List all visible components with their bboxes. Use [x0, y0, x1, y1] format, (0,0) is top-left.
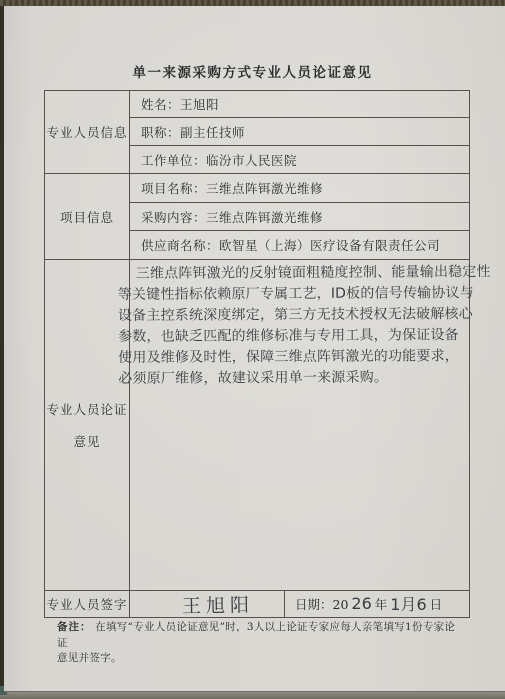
field-procurement-content: 采购内容：三维点阵铒激光维修 [130, 203, 469, 231]
opinion-content-cell: 三维点阵铒激光的反射镜面粗糙度控制、能量输出稳定性 等关键性指标依赖原厂专属工艺… [130, 260, 469, 590]
handwritten-line: 参数，也缺乏匹配的维修标准与专用工具，为保证设备 [118, 325, 469, 348]
photo-of-document: 单一来源采购方式专业人员论证意见 专业人员信息 姓名：王旭阳 职称：副主任技师 … [0, 0, 505, 699]
date-prefix: 日期：20 [295, 595, 348, 613]
handwritten-line: 三维点阵铒激光的反射镜面粗糙度控制、能量输出稳定性 [118, 262, 469, 285]
handwritten-year: 26 [351, 594, 371, 613]
handwritten-signature: 王旭阳 [182, 590, 254, 618]
page-title: 单一来源采购方式专业人员论证意见 [0, 61, 505, 81]
section-personnel-info: 专业人员信息 姓名：王旭阳 职称：副主任技师 工作单位：临汾市人民医院 [45, 91, 469, 174]
field-supplier-name: 供应商名称：欧智星（上海）医疗设备有限责任公司 [130, 231, 469, 259]
field-name: 姓名：王旭阳 [130, 91, 469, 118]
opinion-label-line2: 意见 [73, 432, 100, 450]
handwritten-line: 设备主控系统深度绑定，第三方无技术授权无法破解核心 [118, 304, 469, 327]
opinion-label-line1: 专业人员论证 [46, 400, 127, 418]
field-work-unit: 工作单位：临汾市人民医院 [130, 146, 469, 173]
signature-cell: 王旭阳 [130, 591, 285, 617]
footnote-label: 备注： [57, 621, 92, 633]
handwritten-line: 必须原厂维修，故建议采用单一来源采购。 [118, 367, 469, 390]
footnote: 备注： 在填写“专业人员论证意见”时，3人以上论证专家应每人亲笔填写1份专家论证… [57, 620, 459, 667]
signature-label: 专业人员签字 [45, 591, 130, 617]
footnote-line1: 在填写“专业人员论证意见”时，3人以上论证专家应每人亲笔填写1份专家论证 [57, 621, 455, 649]
handwritten-line: 等关键性指标依赖原厂专属工艺，ID板的信号传输协议与 [118, 283, 469, 306]
section-signature: 专业人员签字 王旭阳 日期：20 26 年 1月6 日 [45, 591, 469, 617]
section-label-project: 项目信息 [45, 174, 130, 259]
handwritten-opinion-text: 三维点阵铒激光的反射镜面粗糙度控制、能量输出稳定性 等关键性指标依赖原厂专属工艺… [118, 262, 470, 390]
section-opinion: 专业人员论证 意见 三维点阵铒激光的反射镜面粗糙度控制、能量输出稳定性 等关键性… [45, 260, 469, 591]
footnote-line2: 意见并签字。 [57, 651, 459, 667]
section-label-personnel: 专业人员信息 [45, 91, 130, 173]
photo-bottom-edge [0, 692, 505, 699]
handwritten-line: 使用及维修及时性，保障三维点阵铒激光的功能要求， [118, 346, 469, 369]
form-table: 专业人员信息 姓名：王旭阳 职称：副主任技师 工作单位：临汾市人民医院 项目信息… [44, 90, 470, 618]
handwritten-month-day: 1月6 [390, 592, 426, 615]
date-cell: 日期：20 26 年 1月6 日 [285, 591, 469, 617]
field-project-name: 项目名称：三维点阵铒激光维修 [130, 174, 469, 203]
field-job-title: 职称：副主任技师 [130, 118, 469, 146]
section-project-info: 项目信息 项目名称：三维点阵铒激光维修 采购内容：三维点阵铒激光维修 供应商名称… [45, 174, 469, 260]
year-char: 年 [375, 595, 388, 613]
day-char: 日 [430, 595, 443, 613]
